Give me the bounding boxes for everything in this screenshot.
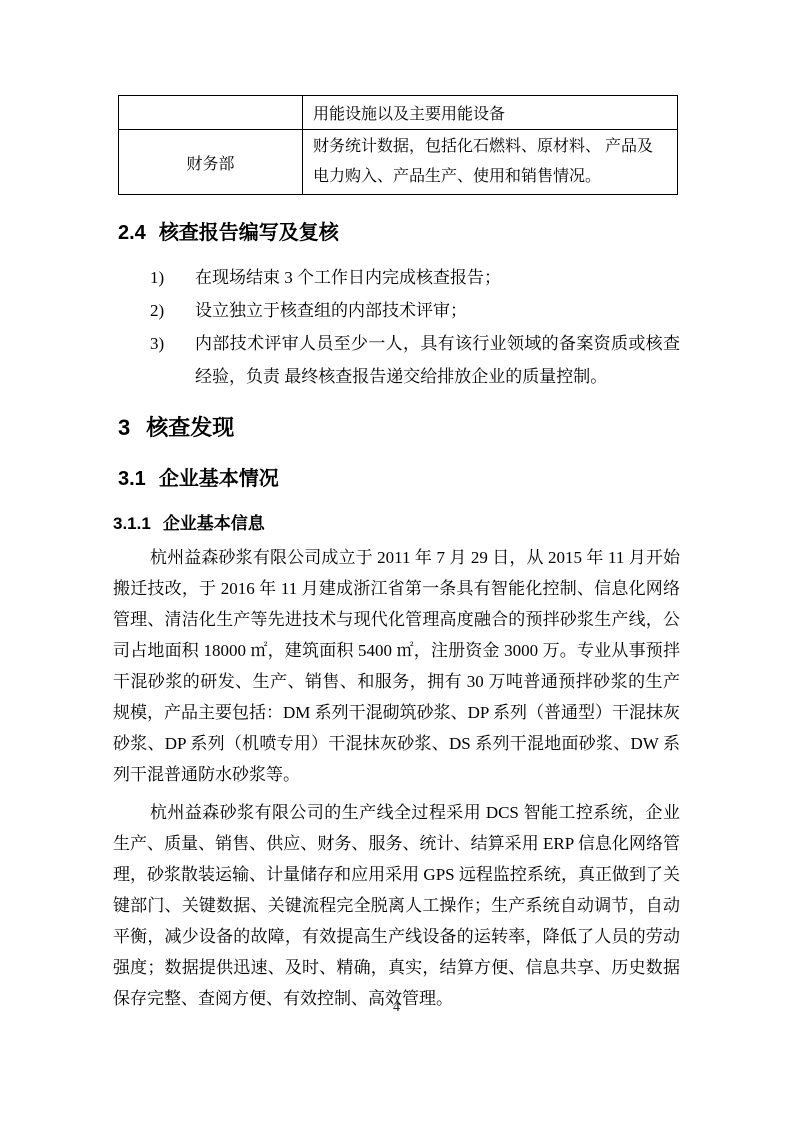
table-cell-description: 用能设施以及主要用能设备	[303, 96, 678, 130]
section-number: 3	[118, 415, 130, 440]
section-title: 企业基本信息	[163, 514, 265, 533]
table-cell-description: 财务统计数据，包括化石燃料、原材料、 产品及电力购入、产品生产、使用和销售情况。	[303, 130, 678, 195]
section-number: 3.1	[118, 468, 146, 490]
company-intro-paragraph: 杭州益森砂浆有限公司成立于 2011 年 7 月 29 日，从 2015 年 1…	[113, 542, 680, 790]
section-3-1-1-heading: 3.1.1企业基本信息	[113, 513, 680, 535]
list-item-text: 设立独立于核查组的内部技术评审；	[195, 294, 680, 327]
department-responsibility-table: 用能设施以及主要用能设备 财务部 财务统计数据，包括化石燃料、原材料、 产品及电…	[118, 95, 678, 195]
report-writing-review-list: 1) 在现场结束 3 个工作日内完成核查报告； 2) 设立独立于核查组的内部技术…	[113, 261, 680, 393]
table-cell-department: 财务部	[119, 130, 303, 195]
list-item-number: 2)	[150, 294, 195, 327]
table-row: 财务部 财务统计数据，包括化石燃料、原材料、 产品及电力购入、产品生产、使用和销…	[119, 130, 678, 195]
section-number: 3.1.1	[113, 514, 151, 533]
document-page: 用能设施以及主要用能设备 财务部 财务统计数据，包括化石燃料、原材料、 产品及电…	[0, 0, 793, 1122]
list-item: 2) 设立独立于核查组的内部技术评审；	[113, 294, 680, 327]
list-item-number: 1)	[150, 261, 195, 294]
production-systems-paragraph: 杭州益森砂浆有限公司的生产线全过程采用 DCS 智能工控系统，企业生产、质量、销…	[113, 797, 680, 1014]
section-3-heading: 3核查发现	[118, 415, 680, 441]
section-title: 核查报告编写及复核	[159, 222, 339, 244]
section-number: 2.4	[118, 222, 146, 244]
section-2-4-heading: 2.4核查报告编写及复核	[118, 221, 680, 245]
section-title: 企业基本情况	[159, 468, 279, 490]
list-item-number: 3)	[150, 327, 195, 393]
section-3-1-heading: 3.1企业基本情况	[118, 467, 680, 491]
list-item: 1) 在现场结束 3 个工作日内完成核查报告；	[113, 261, 680, 294]
list-item: 3) 内部技术评审人员至少一人，具有该行业领域的备案资质或核查经验，负责 最终核…	[113, 327, 680, 393]
list-item-text: 在现场结束 3 个工作日内完成核查报告；	[195, 261, 680, 294]
list-item-text: 内部技术评审人员至少一人，具有该行业领域的备案资质或核查经验，负责 最终核查报告…	[195, 327, 680, 393]
table-row: 用能设施以及主要用能设备	[119, 96, 678, 130]
page-number: 4	[0, 1000, 793, 1016]
section-title: 核查发现	[146, 415, 234, 440]
table-cell-department	[119, 96, 303, 130]
